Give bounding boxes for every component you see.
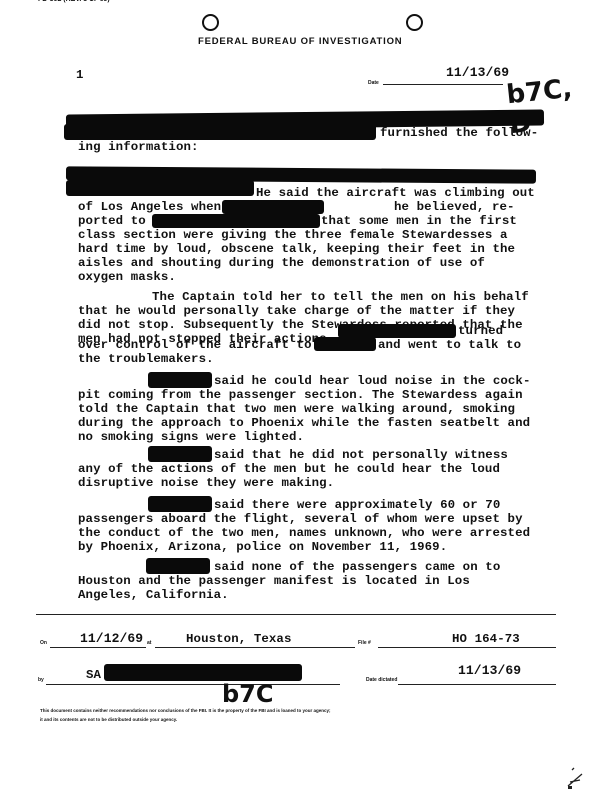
body-text: said none of the passengers came on to (214, 560, 500, 575)
body-text: the troublemakers. (78, 352, 214, 367)
redaction-block (222, 200, 324, 214)
body-text: hard time by loud, obscene talk, keeping… (78, 242, 515, 257)
body-text: that some men in the first (321, 214, 517, 229)
file-label: File # (358, 640, 371, 646)
disclaimer-text: it and its contents are not to be distri… (40, 715, 177, 724)
at-underline (155, 647, 355, 648)
body-text: that he would personally take charge of … (78, 304, 515, 319)
date-underline (383, 84, 503, 85)
body-text: the conduct of the two men, names unknow… (78, 526, 530, 541)
body-text: he believed, re- (394, 200, 515, 215)
on-underline (50, 647, 146, 648)
agency-title: FEDERAL BUREAU OF INVESTIGATION (198, 36, 402, 47)
file-underline (378, 647, 556, 648)
scan-artifact (566, 760, 586, 792)
body-text: any of the actions of the men but he cou… (78, 462, 500, 477)
body-text: no smoking signs were lighted. (78, 430, 304, 445)
body-text: Angeles, California. (78, 588, 229, 603)
redaction-block (314, 337, 376, 351)
by-underline (46, 684, 340, 685)
redaction-block (152, 214, 320, 228)
body-text: disruptive noise they were making. (78, 476, 334, 491)
at-label: at (147, 640, 151, 646)
body-text: during the approach to Phoenix while the… (78, 416, 530, 431)
on-label: On (40, 640, 47, 646)
body-text: said he could hear loud noise in the coc… (214, 374, 531, 389)
disclaimer-text: This document contains neither recommend… (40, 706, 331, 715)
body-text: and went to talk to (378, 338, 521, 353)
redaction-block (66, 180, 254, 196)
body-text: He said the aircraft was climbing out (256, 186, 535, 201)
body-text: of Los Angeles when (78, 200, 221, 215)
redaction-block (148, 372, 212, 388)
body-text: said there were approximately 60 or 70 (214, 498, 500, 513)
by-value: SA (86, 668, 101, 683)
date-value: 11/13/69 (446, 66, 509, 81)
at-value: Houston, Texas (186, 632, 292, 647)
body-text: over control of the aircraft to (78, 338, 312, 353)
handwritten-exemption-mark: b7C (222, 680, 274, 708)
date-dictated-value: 11/13/69 (458, 664, 521, 679)
body-text: pit coming from the passenger section. T… (78, 388, 523, 403)
body-text: aisles and shouting during the demonstra… (78, 256, 485, 271)
body-text: said that he did not personally witness (214, 448, 508, 463)
redaction-block (104, 664, 302, 681)
redaction-block (64, 124, 376, 140)
body-text: by Phoenix, Arizona, police on November … (78, 540, 447, 555)
body-text: Houston and the passenger manifest is lo… (78, 574, 470, 589)
redaction-block (146, 558, 210, 574)
punch-hole-left (202, 14, 219, 31)
redaction-block (148, 446, 212, 462)
body-text: class section were giving the three fema… (78, 228, 508, 243)
footer-divider (36, 614, 556, 615)
intro-text: ing information: (78, 140, 199, 155)
punch-hole-right (406, 14, 423, 31)
page-number: 1 (76, 68, 84, 83)
body-text: ported to (78, 214, 146, 229)
redaction-block (148, 496, 212, 512)
body-text: passengers aboard the flight, several of… (78, 512, 523, 527)
body-text: turned (458, 324, 503, 339)
body-text: oxygen masks. (78, 270, 176, 285)
intro-text: furnished the follow- (380, 126, 538, 141)
body-text: The Captain told her to tell the men on … (152, 290, 529, 305)
redaction-block (338, 324, 456, 338)
body-text: told the Captain that two men were walki… (78, 402, 515, 417)
file-number: HO 164-73 (452, 632, 520, 647)
on-value: 11/12/69 (80, 632, 143, 647)
by-label: by (38, 677, 44, 683)
date-label: Date (368, 80, 379, 86)
form-number: FD-302 (REV. 3-17-69) (38, 0, 110, 3)
date-dictated-underline (398, 684, 556, 685)
date-dictated-label: Date dictated (366, 677, 397, 683)
